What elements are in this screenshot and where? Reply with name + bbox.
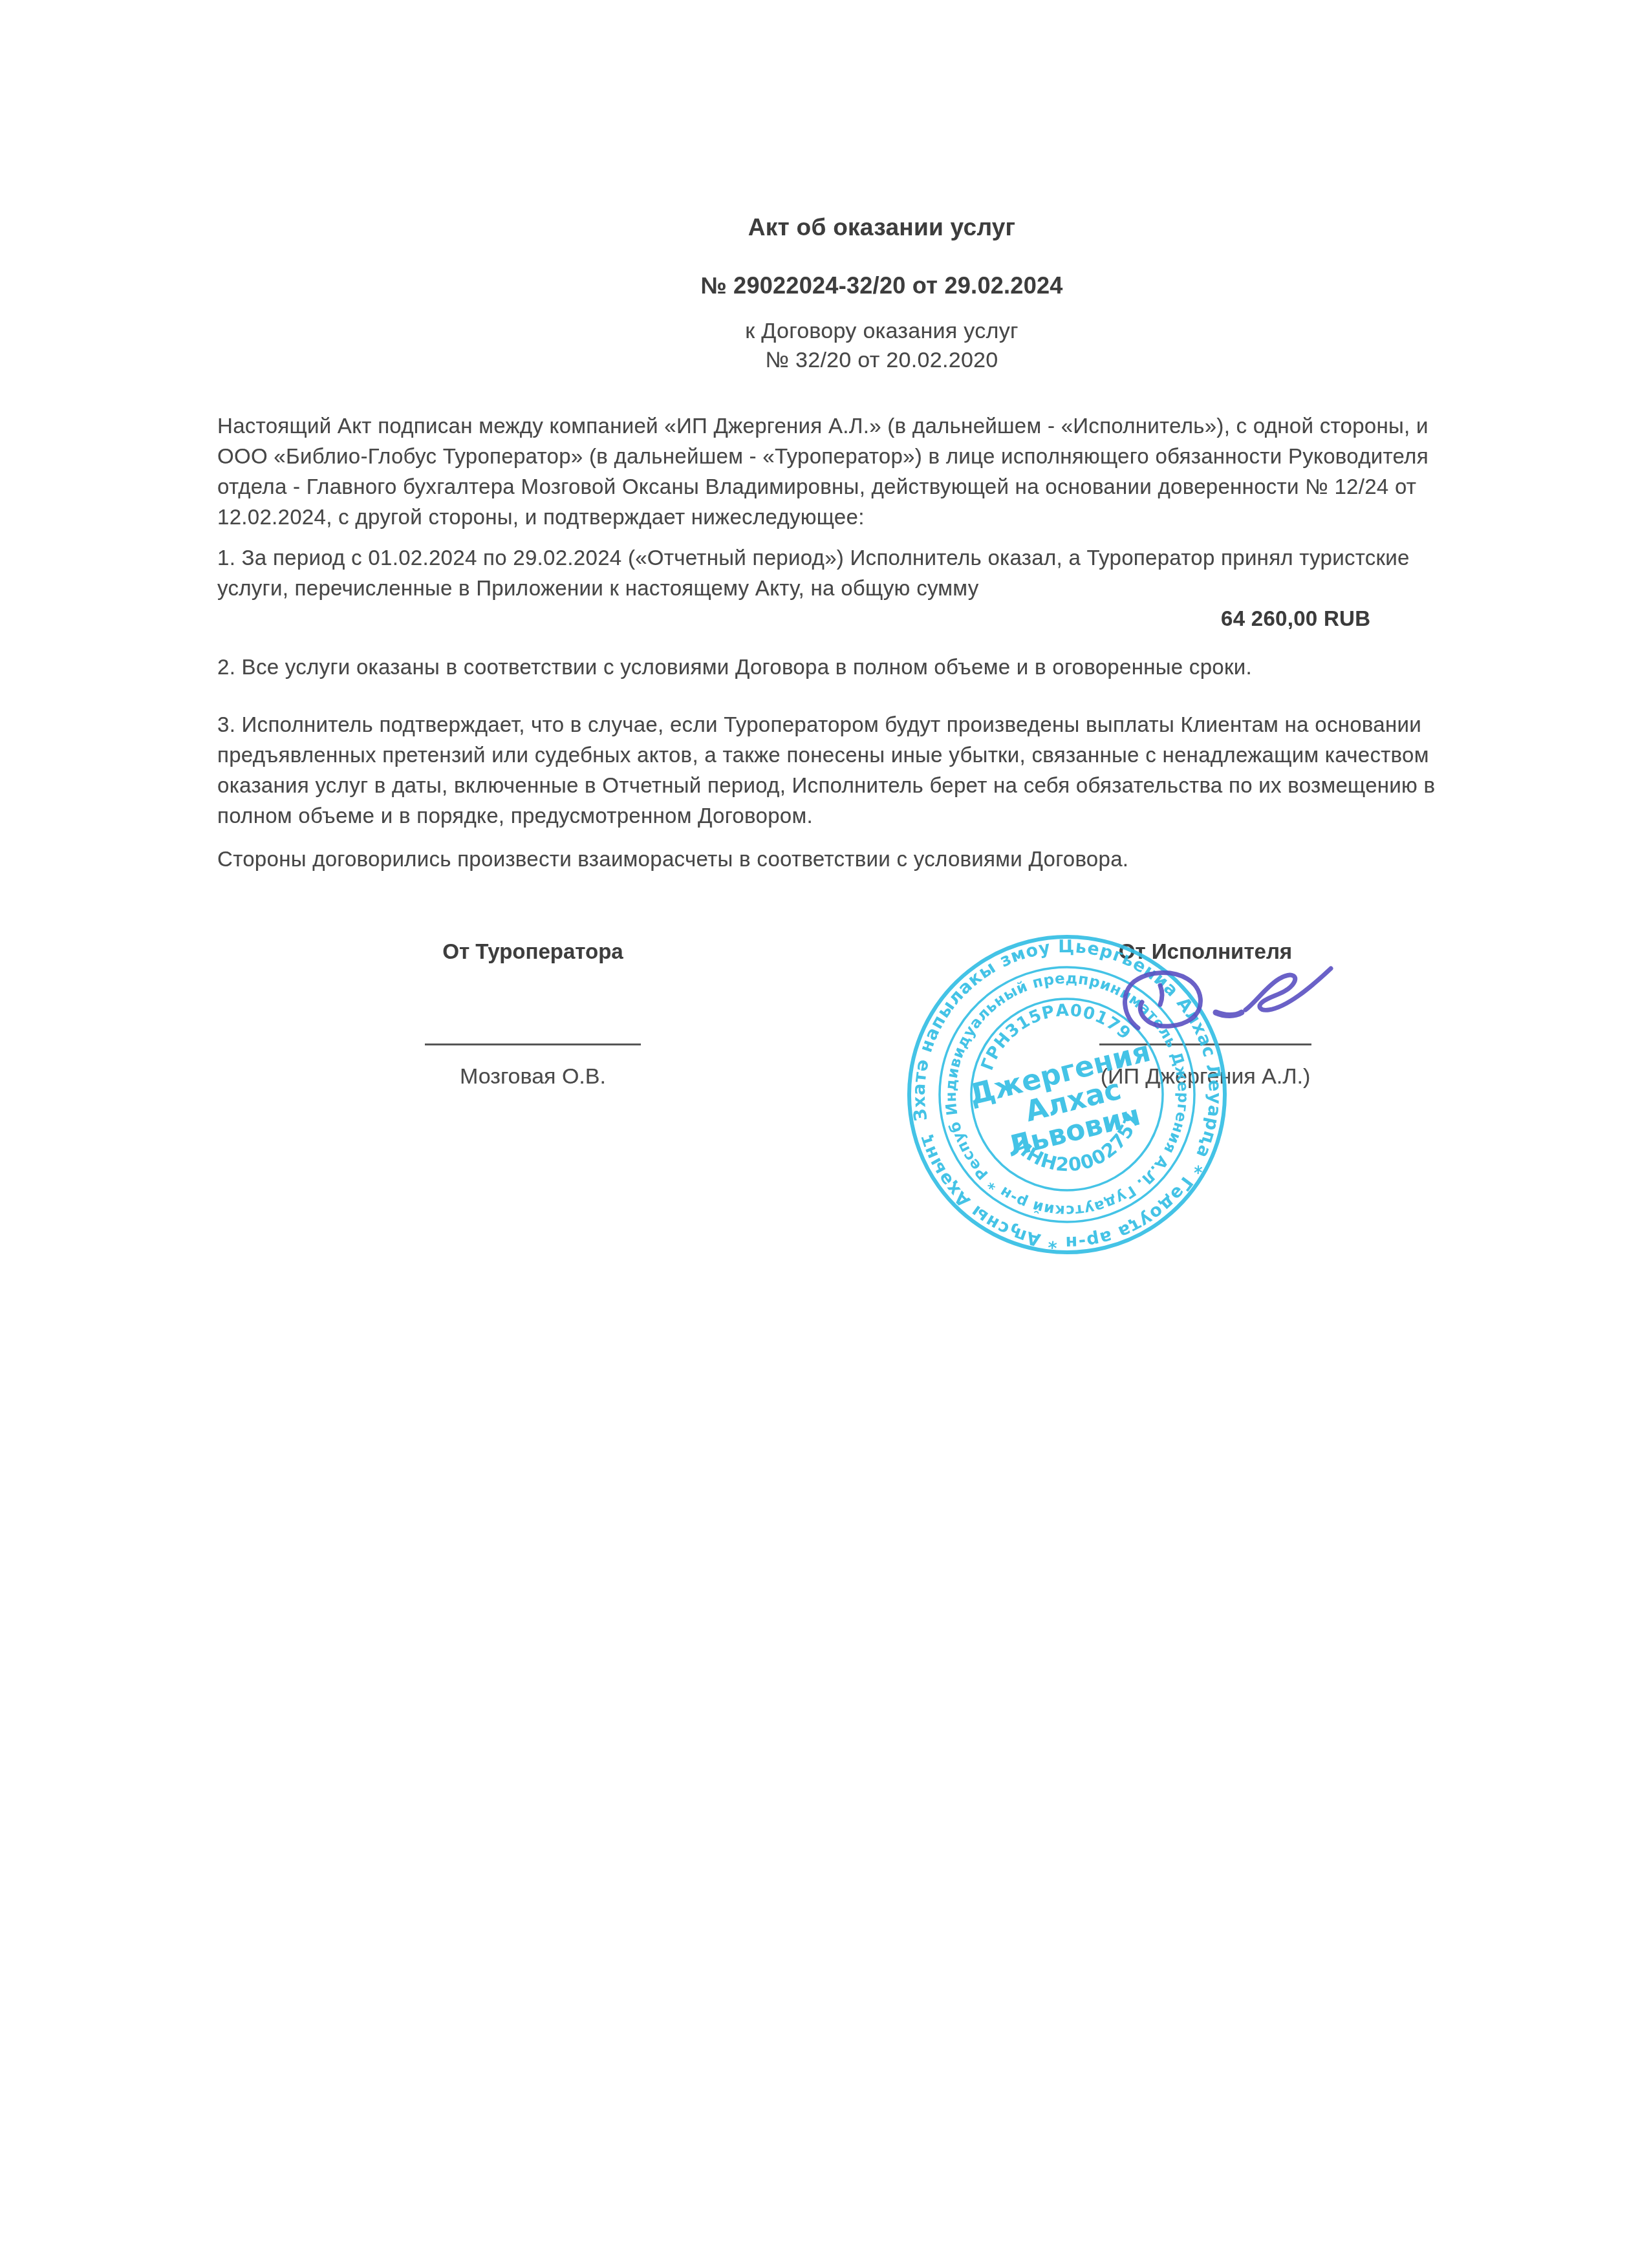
total-amount: 64 260,00 RUB	[1221, 603, 1475, 634]
clause-2: 2. Все услуги оказаны в соответствии с у…	[217, 652, 1475, 682]
tour-operator-name: Мозговая О.В.	[425, 1062, 641, 1092]
settlement-paragraph: Стороны договорились произвести взаимора…	[217, 844, 1475, 874]
document-body: Акт об оказании услуг № 29022024-32/20 о…	[217, 213, 1475, 874]
tour-operator-signature-line	[425, 1043, 641, 1045]
intro-paragraph: Настоящий Акт подписан между компанией «…	[217, 411, 1475, 532]
contract-reference-line1: к Договору оказания услуг	[288, 317, 1475, 346]
document-page: Акт об оказании услуг № 29022024-32/20 о…	[0, 0, 1649, 2268]
clause-3: 3. Исполнитель подтверждает, что в случа…	[217, 709, 1475, 831]
page-title: Акт об оказании услуг	[288, 213, 1475, 242]
tour-operator-header: От Туроператора	[425, 936, 641, 967]
contract-reference-line2: № 32/20 от 20.02.2020	[288, 346, 1475, 375]
act-number: № 29022024-32/20 от 29.02.2024	[288, 272, 1475, 300]
tour-operator-signature-block: От Туроператора Мозговая О.В.	[425, 936, 641, 1092]
document-header: Акт об оказании услуг № 29022024-32/20 о…	[217, 213, 1475, 375]
contract-reference: к Договору оказания услуг № 32/20 от 20.…	[288, 317, 1475, 375]
clause-1: 1. За период с 01.02.2024 по 29.02.2024 …	[217, 542, 1475, 603]
handwritten-signature-icon	[1093, 945, 1352, 1055]
